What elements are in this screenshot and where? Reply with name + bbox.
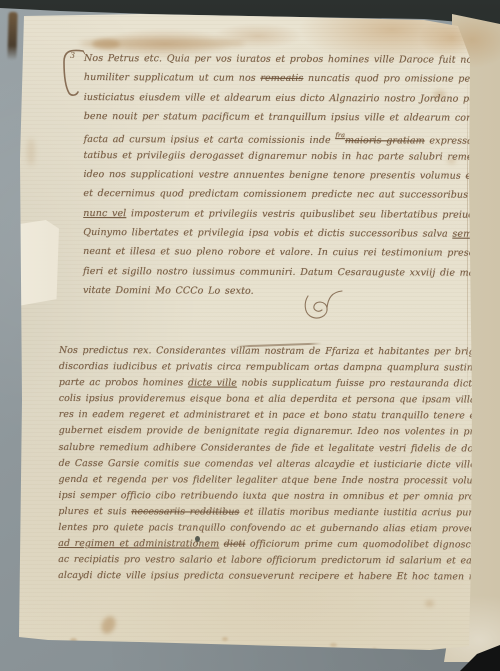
manuscript-line: gubernet eisdem provide de benignitate r…	[59, 425, 500, 443]
stain	[372, 648, 377, 652]
manuscript-line: lentes pro quiete pacis tranquillo confo…	[58, 522, 500, 540]
manuscript-line: nunc vel imposterum et privilegiis vestr…	[83, 208, 500, 229]
stain	[425, 600, 434, 607]
manuscript-line: bene nouit per statum pacificum et tranq…	[84, 111, 500, 132]
folio-number: 3	[70, 51, 75, 60]
manuscript-line: Nos Petrus etc. Quia per vos iuratos et …	[84, 53, 500, 74]
manuscript-line: alcaydi dicte ville ipsius predicta cons…	[58, 570, 500, 588]
manuscript-line: Nos predictus rex. Considerantes villam …	[59, 345, 500, 363]
manuscript-line: fieri et sigillo nostro iussimus communi…	[83, 266, 500, 287]
paragraph-second-entry: Nos predictus rex. Considerantes villam …	[58, 345, 500, 588]
manuscript-photo: 3 Nos Petrus etc. Quia per vos iuratos e…	[0, 0, 500, 671]
manuscript-line: et decernimus quod predictam comissionem…	[83, 188, 500, 209]
manuscript-line: de Casse Garsie comitis sue comendas vel…	[59, 458, 500, 476]
manuscript-page: 3 Nos Petrus etc. Quia per vos iuratos e…	[0, 0, 500, 671]
manuscript-line: iusticiatus eiusdem ville et aldearum ei…	[84, 92, 500, 113]
manuscript-line: humiliter supplicatum ut cum nos remeati…	[84, 72, 500, 93]
manuscript-line: parte ac probos homines dicte ville nobi…	[59, 377, 500, 395]
manuscript-line: discordias iudicibus et privatis circa r…	[59, 361, 500, 379]
manuscript-line: ideo nos supplicationi vestre annuentes …	[83, 169, 500, 190]
stain	[222, 637, 228, 641]
manuscript-line: ipsi semper officio cibo retribuendo iux…	[58, 490, 500, 508]
stain	[70, 638, 77, 643]
rubric-flourish-icon	[298, 288, 344, 322]
stain	[330, 643, 337, 647]
manuscript-line: facta ad cursum ipsius et carta comissio…	[84, 130, 500, 151]
manuscript-line: res in eadem regeret et administraret et…	[59, 409, 500, 427]
parchment-patch	[18, 220, 59, 306]
manuscript-line: genda et regenda per vos fideliter legal…	[58, 474, 500, 492]
manuscript-line: tatibus et privilegiis derogasset dignar…	[83, 150, 500, 171]
binding-streak	[7, 12, 17, 60]
manuscript-line: plures et suis necessariis redditibus et…	[58, 506, 500, 524]
manuscript-line: colis ipsius provideremus eisque bona et…	[59, 393, 500, 411]
stain	[99, 614, 118, 636]
manuscript-line: Quinymo libertates et privilegia ipsa vo…	[83, 227, 500, 248]
manuscript-line: salubre remedium adhibere Considerantes …	[59, 442, 500, 460]
stain	[27, 138, 35, 166]
manuscript-line: vitate Domini Mo CCCo Lo sexto.	[83, 285, 500, 306]
manuscript-line: ad regimen et administrationem dicti off…	[58, 538, 500, 556]
paragraph-first-entry: Nos Petrus etc. Quia per vos iuratos et …	[83, 53, 500, 306]
manuscript-line: neant et illesa et suo pleno robore et v…	[83, 246, 500, 267]
stain	[92, 39, 120, 49]
manuscript-line: ac recipiatis pro vestro salario et labo…	[58, 554, 500, 572]
